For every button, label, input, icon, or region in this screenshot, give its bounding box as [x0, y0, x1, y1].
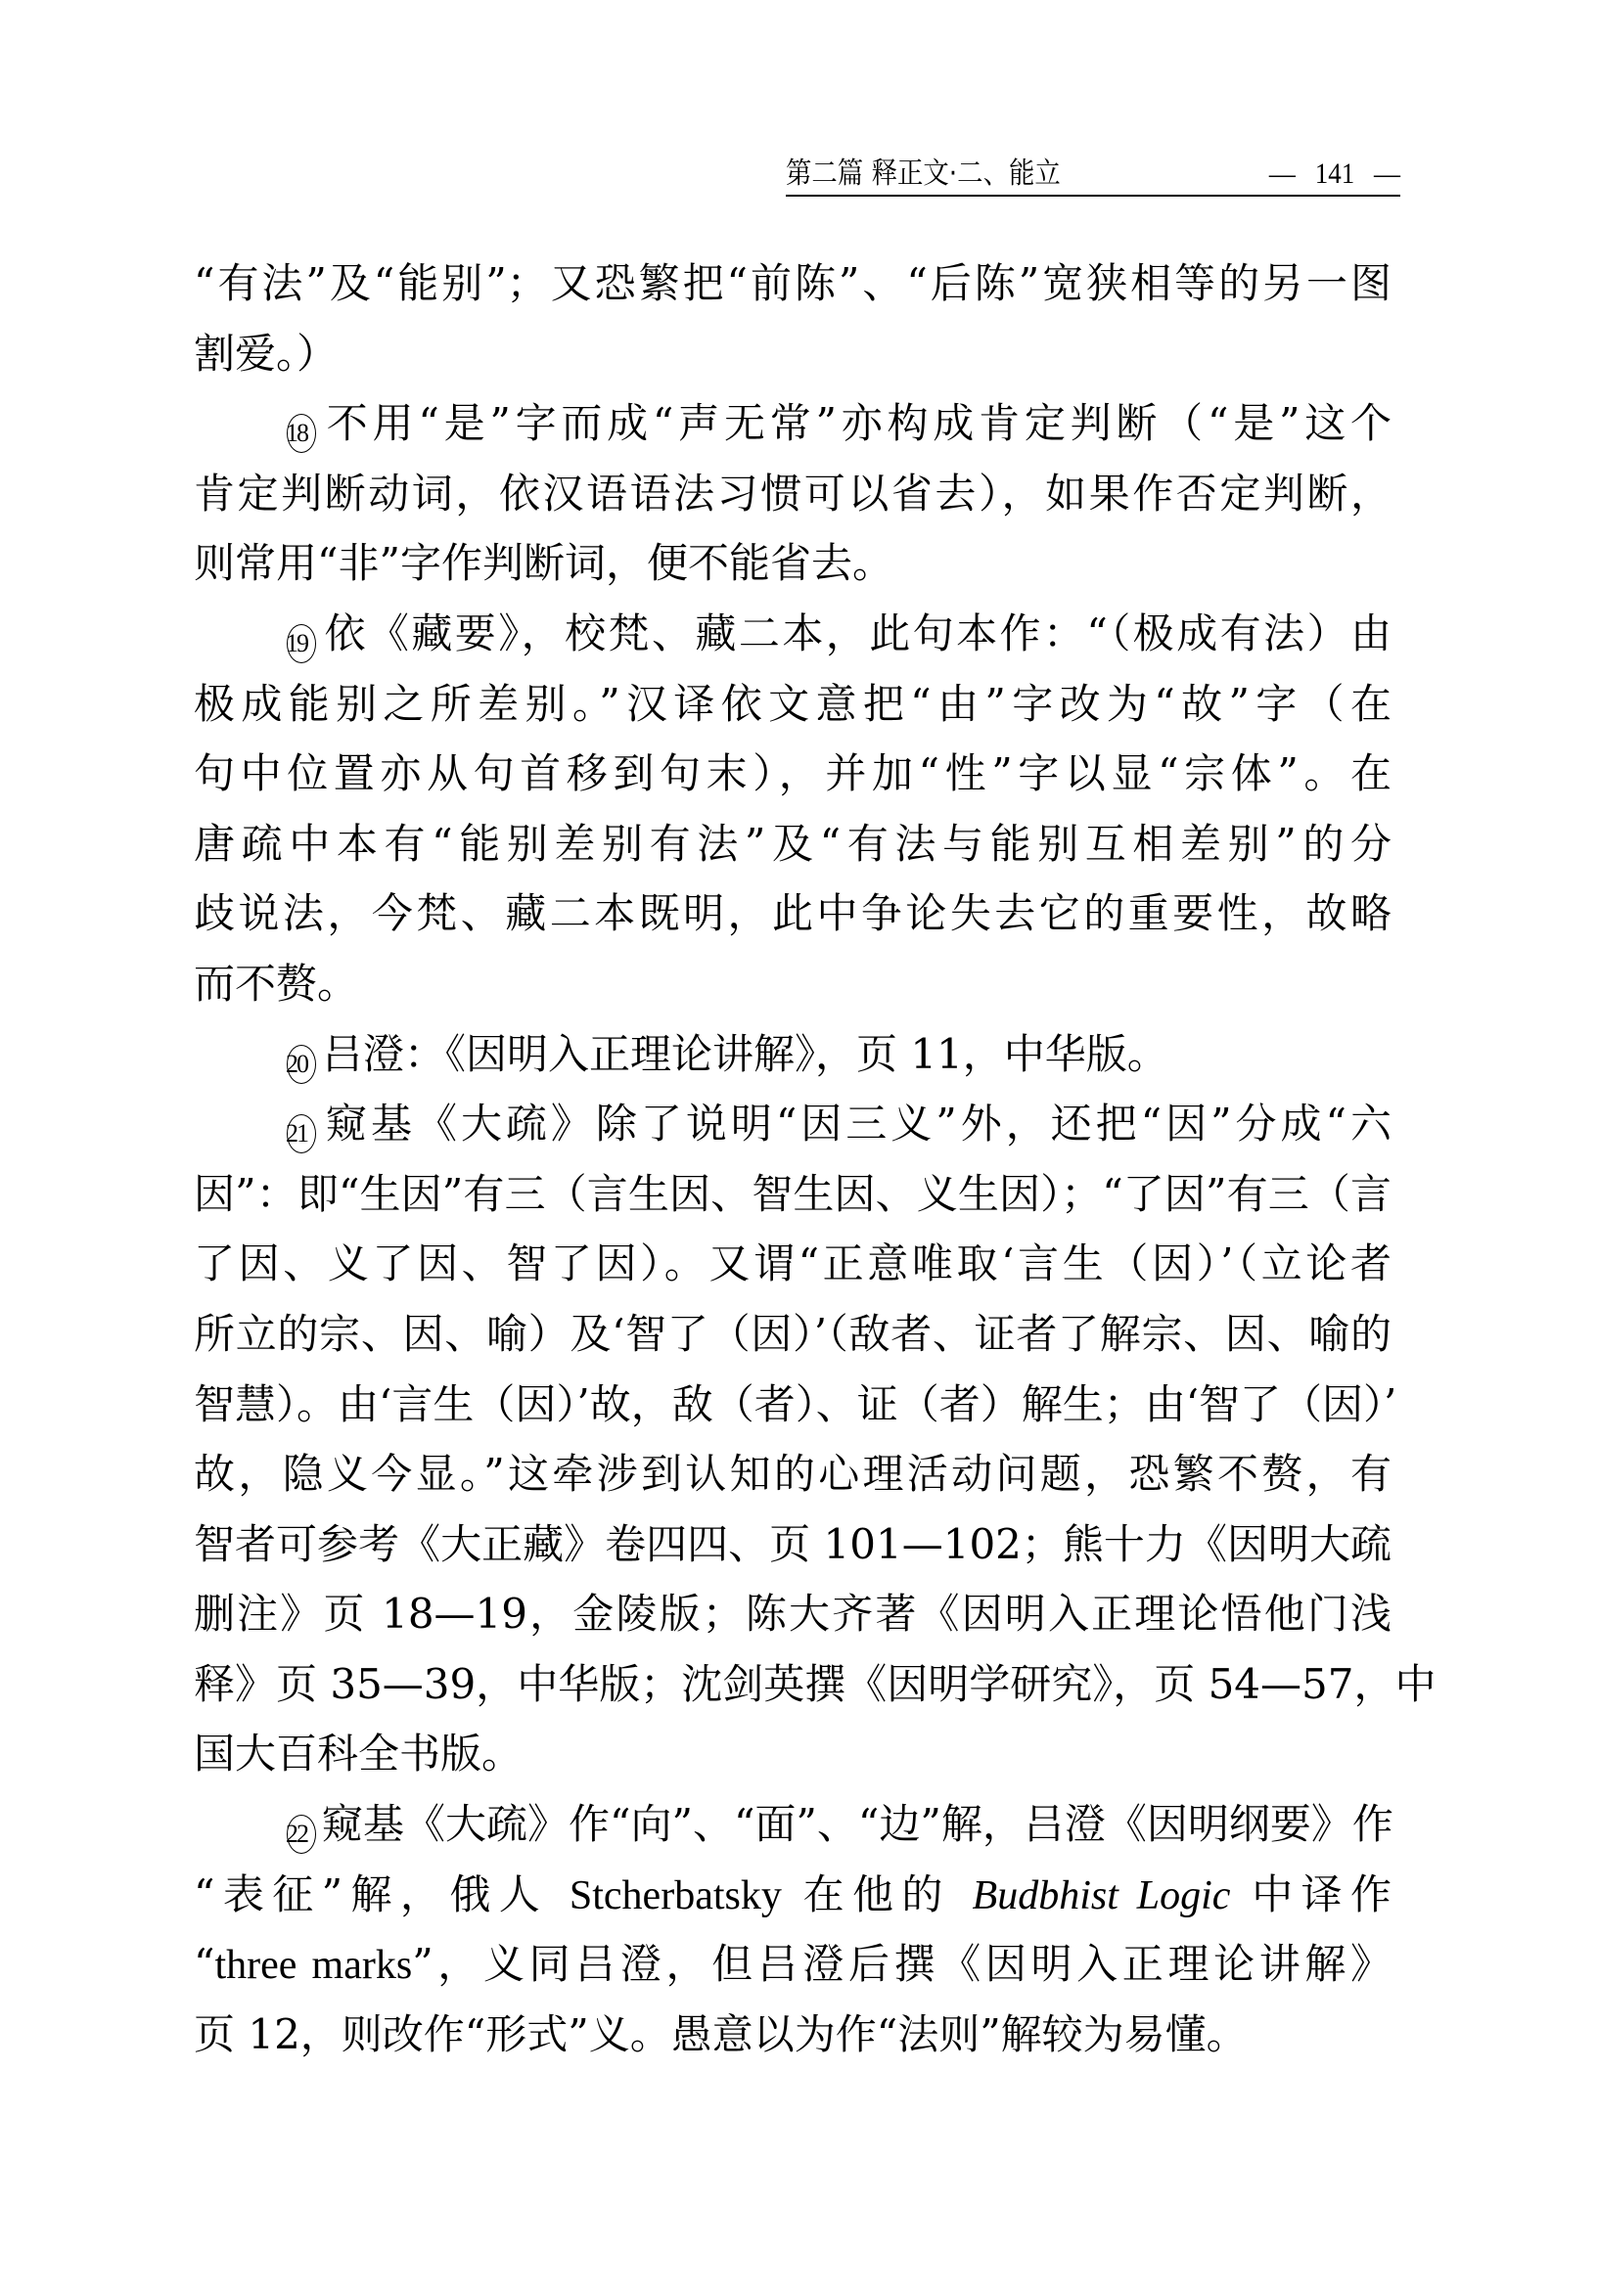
text-segment: 中译作 — [1230, 1870, 1392, 1918]
text-segment: 在他的 — [782, 1870, 973, 1918]
text-segment: “ — [194, 1940, 214, 1988]
english-term: three marks — [214, 1943, 412, 1988]
endnote-19: 19依《藏要》，校梵、藏二本，此句本作：“（极成有法）由 极成能别之所差别。”汉… — [194, 599, 1392, 1019]
text-line: 肯定判断动词，依汉语语法习惯可以省去），如果作否定判断， — [194, 459, 1392, 529]
text-line: 了因、义了因、智了因）。又谓“正意唯取‘言生（因）’（立论者 — [194, 1229, 1392, 1299]
running-head-section-title: 第二篇 释正文·二、能立 — [786, 157, 1061, 192]
book-title-italic: Budbhist Logic — [973, 1873, 1231, 1918]
folio-dash-right: — — [1374, 157, 1400, 192]
text-line: 释》页 35—39，中华版；沈剑英撰《因明学研究》，页 54—57，中 — [194, 1649, 1392, 1720]
text-line: 故，隐义今显。”这牵涉到认知的心理活动问题，恐繁不赘，有 — [194, 1439, 1392, 1509]
circled-note-number: 19 — [287, 624, 316, 663]
text-line: 智者可参考《大正藏》卷四四、页 101—102；熊十力《因明大疏 — [194, 1509, 1392, 1580]
text-line: 唐疏中本有“能别差别有法”及“有法与能别互相差别”的分 — [194, 809, 1392, 879]
circled-note-number: 22 — [287, 1815, 316, 1854]
endnotes-body: “有法”及“能别”；又恐繁把“前陈”、“后陈”宽狭相等的另一图 割爱。） 18不… — [194, 248, 1392, 2069]
text-line-content: 窥基《大疏》除了说明“因三义”外，还把“因”分成“六 — [322, 1100, 1392, 1148]
endnote-22: 22窥基《大疏》作“向”、“面”、“边”解，吕澄《因明纲要》作 “表征”解，俄人… — [194, 1789, 1392, 2069]
text-segment: “表征”解，俄人 — [194, 1870, 570, 1918]
text-line: 22窥基《大疏》作“向”、“面”、“边”解，吕澄《因明纲要》作 — [194, 1789, 1392, 1860]
page-number: 141 — [1315, 157, 1355, 192]
running-head: 第二篇 释正文·二、能立 — 141 — — [786, 153, 1400, 196]
text-line: “three marks”，义同吕澄，但吕澄后撰《因明入正理论讲解》 — [194, 1929, 1392, 2000]
text-line: 所立的宗、因、喻）及‘智了（因）’（敌者、证者了解宗、因、喻的 — [194, 1299, 1392, 1370]
book-page: 第二篇 释正文·二、能立 — 141 — “有法”及“能别”；又恐繁把“前陈”、… — [0, 0, 1597, 2296]
text-line: 而不赘。 — [194, 949, 1392, 1019]
text-line-content: 不用“是”字而成“声无常”亦构成肯定判断（“是”这个 — [322, 399, 1392, 447]
running-head-rule — [786, 195, 1400, 197]
text-line: 国大百科全书版。 — [194, 1719, 1392, 1789]
folio-dash-left: — — [1269, 157, 1296, 192]
text-line: “有法”及“能别”；又恐繁把“前陈”、“后陈”宽狭相等的另一图 — [194, 248, 1392, 319]
text-line: 删注》页 18—19，金陵版；陈大齐著《因明入正理论悟他门浅 — [194, 1579, 1392, 1649]
text-line: “表征”解，俄人 Stcherbatsky 在他的 Budbhist Logic… — [194, 1860, 1392, 1930]
circled-note-number: 20 — [287, 1045, 316, 1084]
text-line: 则常用“非”字作判断词，便不能省去。 — [194, 528, 1392, 599]
folio: — 141 — — [1269, 157, 1400, 192]
text-line: 歧说法，今梵、藏二本既明，此中争论失去它的重要性，故略 — [194, 878, 1392, 949]
circled-note-number: 18 — [287, 414, 316, 453]
text-line: 18不用“是”字而成“声无常”亦构成肯定判断（“是”这个 — [194, 388, 1392, 459]
text-line: 21窥基《大疏》除了说明“因三义”外，还把“因”分成“六 — [194, 1089, 1392, 1159]
endnote-21: 21窥基《大疏》除了说明“因三义”外，还把“因”分成“六 因”：即“生因”有三（… — [194, 1089, 1392, 1789]
endnote-18: 18不用“是”字而成“声无常”亦构成肯定判断（“是”这个 肯定判断动词，依汉语语… — [194, 388, 1392, 599]
text-line-content: 窥基《大疏》作“向”、“面”、“边”解，吕澄《因明纲要》作 — [322, 1800, 1393, 1848]
text-line: 句中位置亦从句首移到句末），并加“性”字以显“宗体”。在 — [194, 739, 1392, 809]
text-line: 页 12，则改作“形式”义。愚意以为作“法则”解较为易懂。 — [194, 2000, 1392, 2070]
text-line: 因”：即“生因”有三（言生因、智生因、义生因）；“了因”有三（言 — [194, 1159, 1392, 1230]
endnote-17-continued: “有法”及“能别”；又恐繁把“前陈”、“后陈”宽狭相等的另一图 割爱。） — [194, 248, 1392, 388]
text-line: 极成能别之所差别。”汉译依文意把“由”字改为“故”字（在 — [194, 669, 1392, 740]
author-name: Stcherbatsky — [570, 1873, 782, 1918]
endnote-20: 20吕澄：《因明入正理论讲解》，页 11，中华版。 — [194, 1019, 1392, 1090]
text-line: 19依《藏要》，校梵、藏二本，此句本作：“（极成有法）由 — [194, 599, 1392, 669]
text-line: 割爱。） — [194, 319, 1392, 389]
text-segment: ”，义同吕澄，但吕澄后撰《因明入正理论讲解》 — [412, 1940, 1392, 1988]
text-line: 20吕澄：《因明入正理论讲解》，页 11，中华版。 — [194, 1019, 1392, 1090]
circled-note-number: 21 — [287, 1114, 316, 1153]
text-line: 智慧）。由‘言生（因）’故，敌（者）、证（者）解生；由‘智了（因）’ — [194, 1370, 1392, 1440]
text-line-content: 吕澄：《因明入正理论讲解》，页 11，中华版。 — [322, 1030, 1168, 1078]
text-line-content: 依《藏要》，校梵、藏二本，此句本作：“（极成有法）由 — [322, 609, 1392, 657]
